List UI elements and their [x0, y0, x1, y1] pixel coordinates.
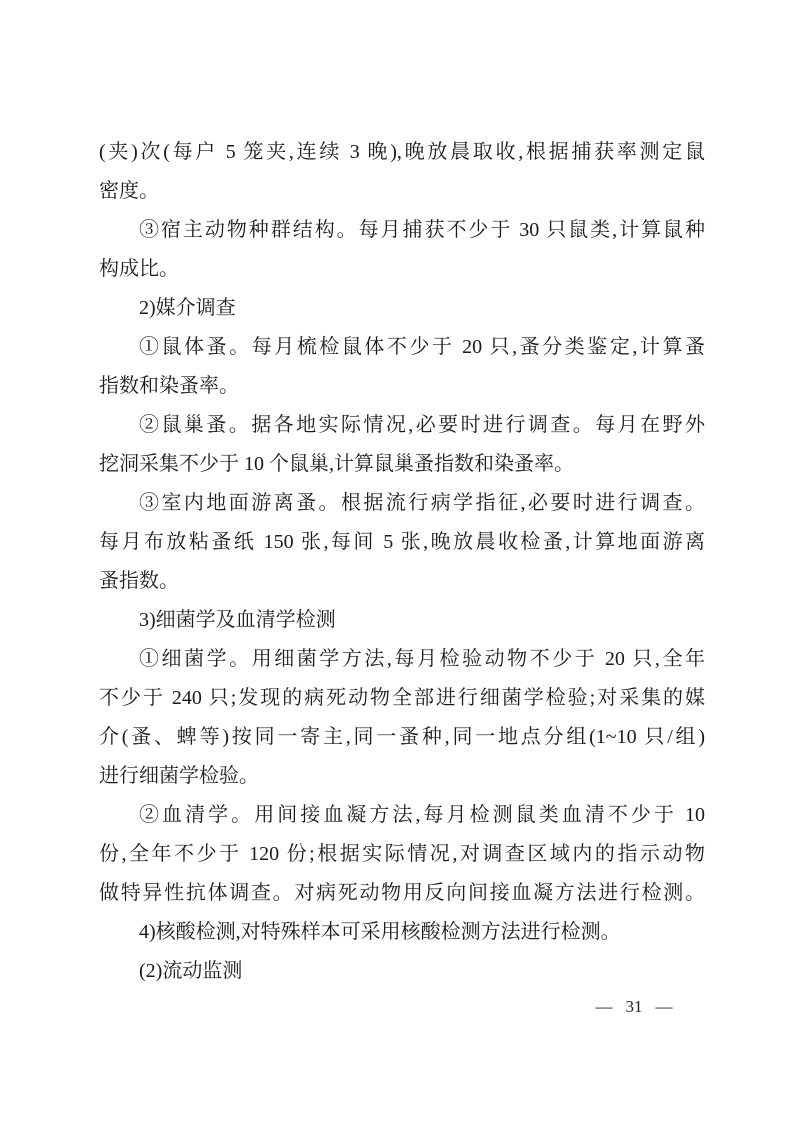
text-line: 构成比。 — [99, 250, 705, 289]
text-line: 密度。 — [99, 172, 705, 211]
text-line: 3)细菌学及血清学检测 — [99, 601, 705, 640]
text-line: 份,全年不少于 120 份;根据实际情况,对调查区域内的指示动物 — [99, 835, 705, 874]
text-line: 做特异性抗体调查。对病死动物用反向间接血凝方法进行检测。 — [99, 874, 705, 913]
text-line: ②鼠巢蚤。据各地实际情况,必要时进行调查。每月在野外 — [99, 406, 705, 445]
text-line: 挖洞采集不少于 10 个鼠巢,计算鼠巢蚤指数和染蚤率。 — [99, 445, 705, 484]
page-footer: — 31 — — [574, 994, 694, 1020]
text-line: 4)核酸检测,对特殊样本可采用核酸检测方法进行检测。 — [99, 913, 705, 952]
text-line: 蚤指数。 — [99, 562, 705, 601]
document-page: (夹)次(每户 5 笼夹,连续 3 晚),晚放晨取收,根据捕获率测定鼠 密度。 … — [0, 0, 794, 1123]
text-line: ③室内地面游离蚤。根据流行病学指征,必要时进行调查。 — [99, 484, 705, 523]
footer-dash-left: — — [596, 997, 613, 1017]
text-line: 介(蚤、蜱等)按同一寄主,同一蚤种,同一地点分组(1~10 只/组) — [99, 718, 705, 757]
body-text: (夹)次(每户 5 笼夹,连续 3 晚),晚放晨取收,根据捕获率测定鼠 密度。 … — [99, 133, 705, 991]
text-line: 进行细菌学检验。 — [99, 757, 705, 796]
text-line: 指数和染蚤率。 — [99, 367, 705, 406]
text-line: 2)媒介调查 — [99, 289, 705, 328]
text-line: 不少于 240 只;发现的病死动物全部进行细菌学检验;对采集的媒 — [99, 679, 705, 718]
footer-dash-right: — — [656, 997, 673, 1017]
text-line: ②血清学。用间接血凝方法,每月检测鼠类血清不少于 10 — [99, 796, 705, 835]
text-line: ①鼠体蚤。每月梳检鼠体不少于 20 只,蚤分类鉴定,计算蚤 — [99, 328, 705, 367]
text-line: ①细菌学。用细菌学方法,每月检验动物不少于 20 只,全年 — [99, 640, 705, 679]
text-line: ③宿主动物种群结构。每月捕获不少于 30 只鼠类,计算鼠种 — [99, 211, 705, 250]
text-line: (2)流动监测 — [99, 952, 705, 991]
text-line: (夹)次(每户 5 笼夹,连续 3 晚),晚放晨取收,根据捕获率测定鼠 — [99, 133, 705, 172]
page-number: 31 — [626, 997, 643, 1017]
text-line: 每月布放粘蚤纸 150 张,每间 5 张,晚放晨收检蚤,计算地面游离 — [99, 523, 705, 562]
